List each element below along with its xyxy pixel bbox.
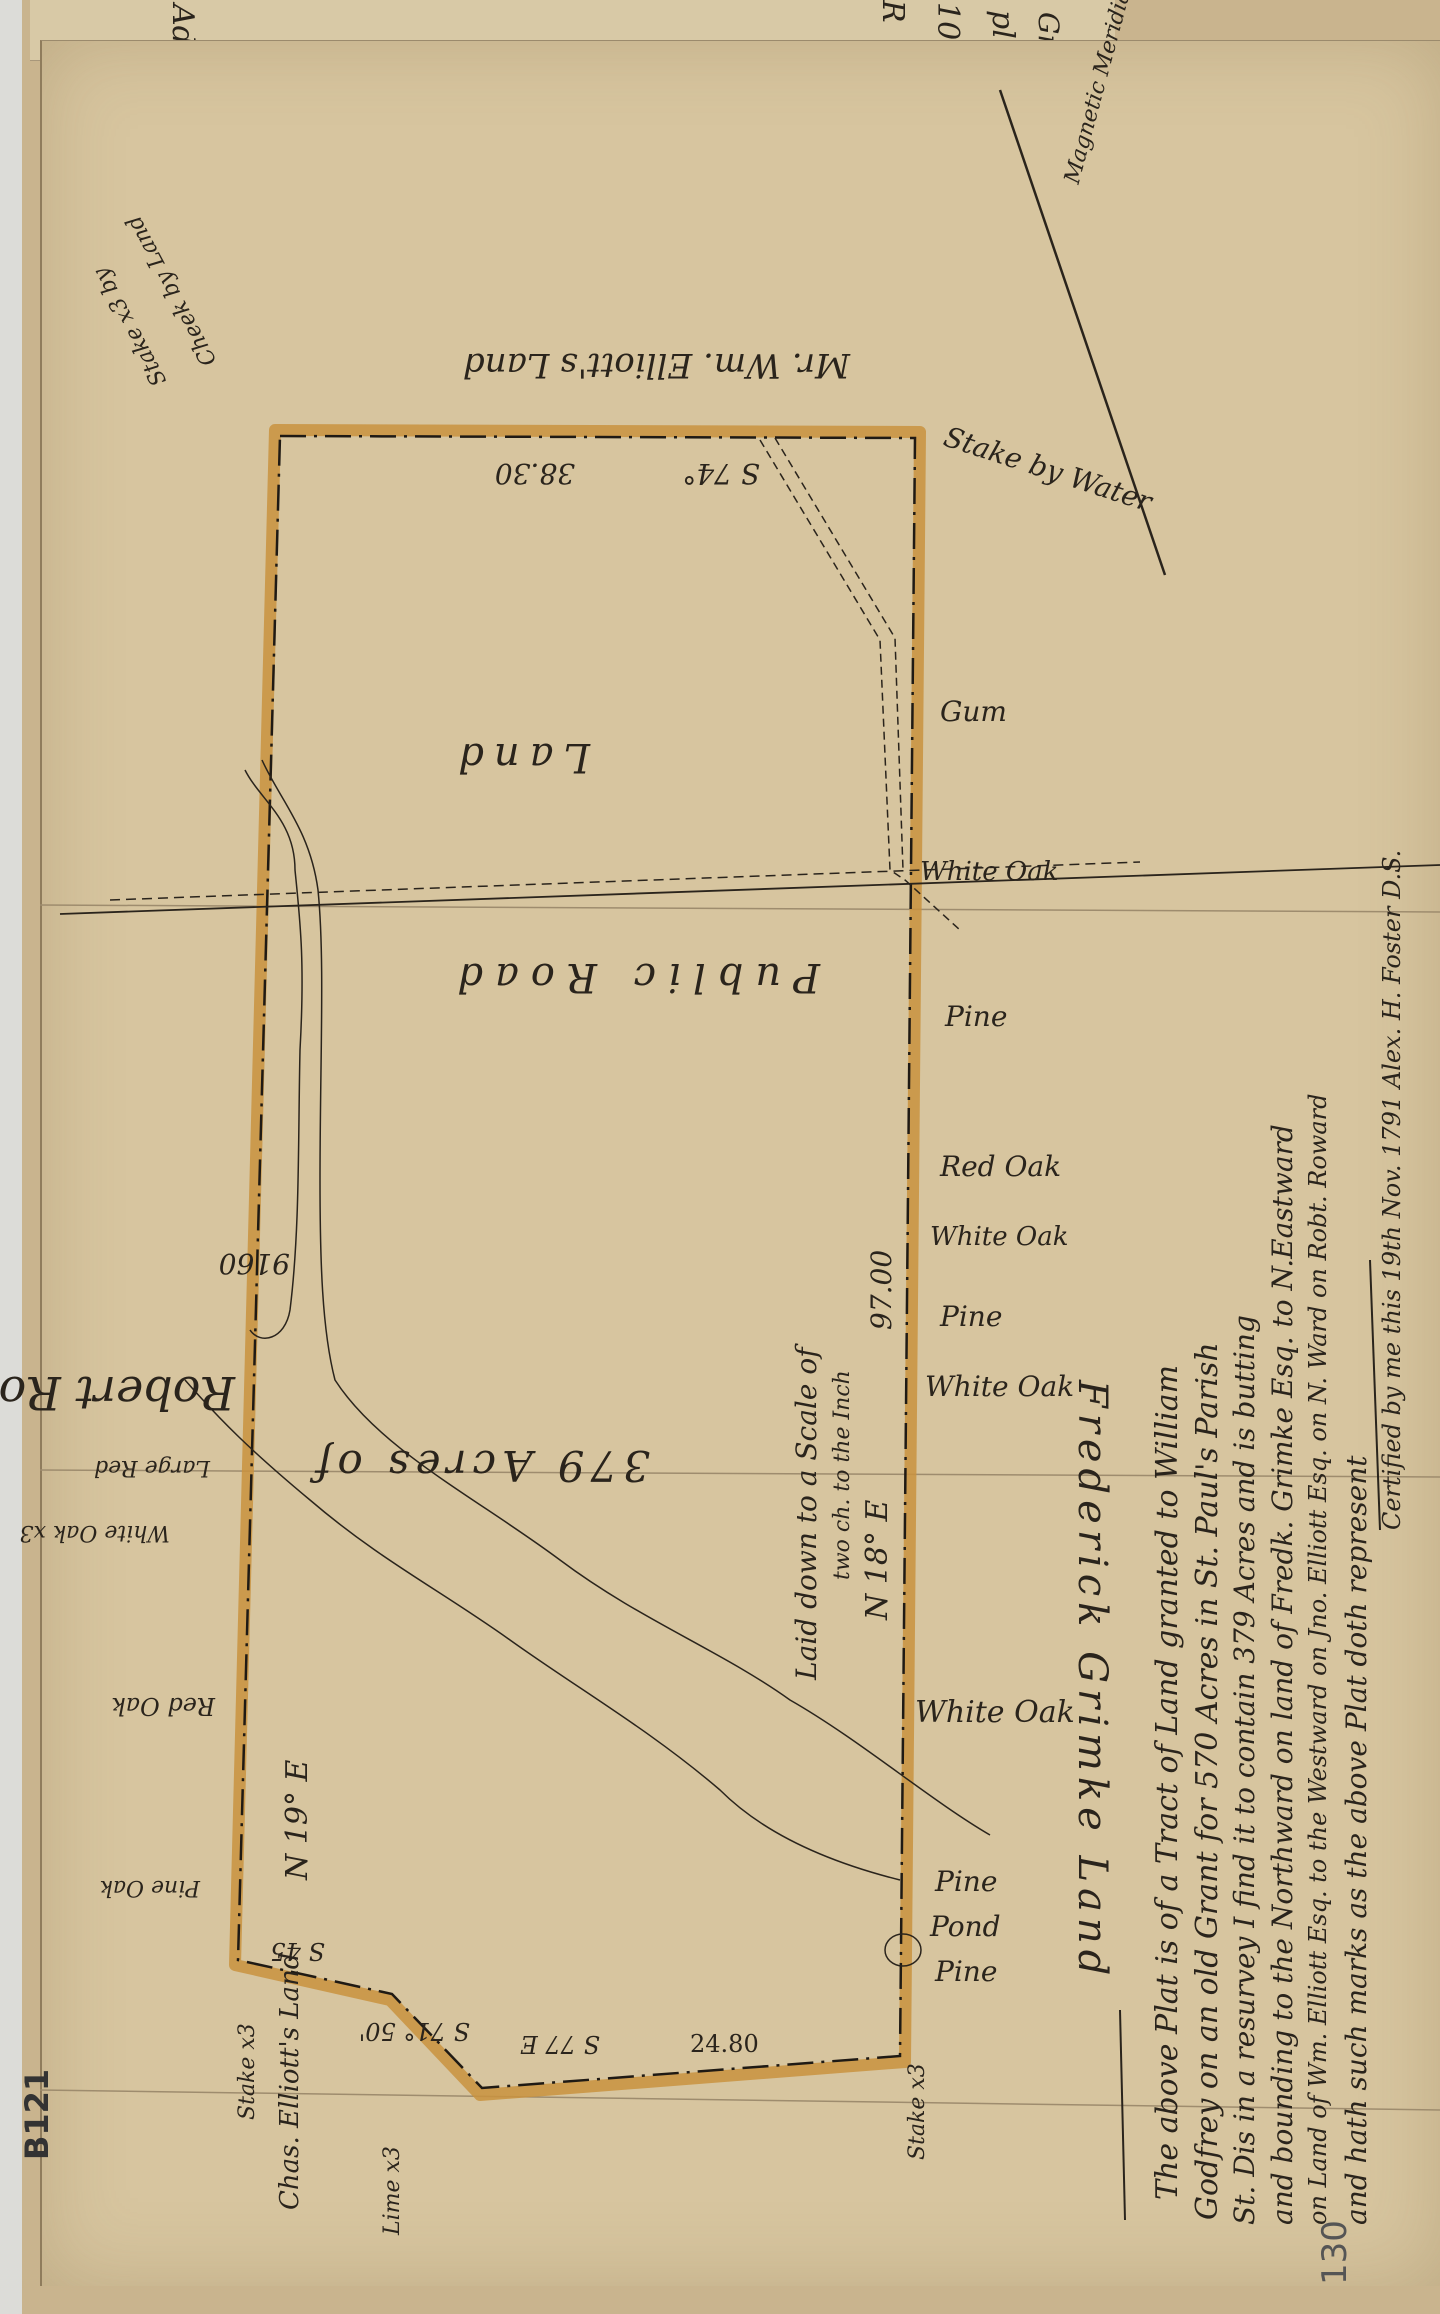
scale-note-line-1: Laid down to a Scale of bbox=[790, 1347, 823, 1680]
course-east-bearing: S 74° bbox=[682, 457, 760, 490]
certificate-signature: Certified by me this 19th Nov. 1791 Alex… bbox=[1378, 850, 1406, 1530]
tree-label: Pine bbox=[945, 1000, 1007, 1033]
tree-label: White Oak bbox=[925, 1370, 1074, 1403]
course-sw-3: S 77 E bbox=[520, 2030, 600, 2058]
certificate-rule bbox=[1120, 2010, 1125, 2220]
stake-label-se: Stake x3 bbox=[905, 2063, 930, 2160]
certificate-line: Godfrey on an old Grant for 570 Acres in… bbox=[1190, 1342, 1225, 2220]
tree-label: White Oak bbox=[915, 1695, 1075, 1730]
tree-label: Gum bbox=[940, 695, 1007, 728]
land-label: Land bbox=[448, 734, 590, 780]
course-south-line: N 18° E bbox=[860, 1500, 895, 1620]
owner-east: Mr. Wm. Elliott's Land bbox=[463, 345, 850, 385]
side-road bbox=[775, 438, 903, 870]
tree-label-north: Red Oak bbox=[111, 1692, 215, 1720]
certificate-line: on Land of Wm. Elliott Esq. to the Westw… bbox=[1304, 1093, 1332, 2225]
boundary-line bbox=[238, 436, 915, 2088]
pencil-number: 130 bbox=[1315, 2220, 1355, 2285]
certificate-line: and bounding to the Northward on land of… bbox=[1266, 1124, 1299, 2225]
tree-label-north: Pine Oak bbox=[99, 1875, 200, 1900]
tree-label: Pine bbox=[935, 1865, 997, 1898]
course-sw-4: 24.80 bbox=[690, 2030, 759, 2058]
owner-southwest: Chas. Elliott's Land bbox=[275, 1953, 305, 2210]
acreage-label: 379 Acres of bbox=[310, 1441, 650, 1490]
tree-label: Pond bbox=[930, 1910, 1001, 1943]
scale-note-line-2: two ch. to the Inch bbox=[830, 1370, 855, 1580]
certificate-line: St. Dis in a resurvey I find it to conta… bbox=[1228, 1315, 1261, 2225]
tree-label-sw: Lime x3 bbox=[380, 2146, 405, 2235]
tree-label-north: Large Red bbox=[94, 1455, 210, 1480]
tree-label: Pine bbox=[935, 1955, 997, 1988]
course-sw-2: S 71° 50' bbox=[359, 2017, 470, 2045]
tree-label: Pine bbox=[940, 1300, 1002, 1333]
course-east-distance: 38.30 bbox=[495, 457, 575, 490]
course-south-segment: 97.00 bbox=[865, 1250, 898, 1330]
tree-label-north: White Oak x3 bbox=[19, 1520, 170, 1545]
certificate-line: and hath such marks as the above Plat do… bbox=[1340, 1456, 1373, 2226]
owner-south: Frederick Grimke Land bbox=[1069, 1380, 1115, 1981]
tree-label: White Oak bbox=[920, 857, 1058, 887]
tree-label: White Oak bbox=[930, 1222, 1068, 1252]
tree-label-sw: Stake x3 bbox=[235, 2023, 260, 2120]
road-label: Public Road bbox=[445, 954, 820, 1000]
course-north-segment: 9160 bbox=[219, 1247, 290, 1280]
boundary-wash bbox=[235, 430, 920, 2095]
tree-label: Red Oak bbox=[940, 1150, 1061, 1183]
catalog-stamp: B121 bbox=[18, 2069, 56, 2160]
course-sw-1: S 45 bbox=[270, 1937, 325, 1965]
owner-north: Robert Roward bbox=[0, 1366, 235, 1420]
fold-line bbox=[40, 905, 1440, 912]
course-north-line: N 19° E bbox=[280, 1760, 315, 1880]
certificate-line: The above Plat is of a Tract of Land gra… bbox=[1150, 1365, 1185, 2200]
